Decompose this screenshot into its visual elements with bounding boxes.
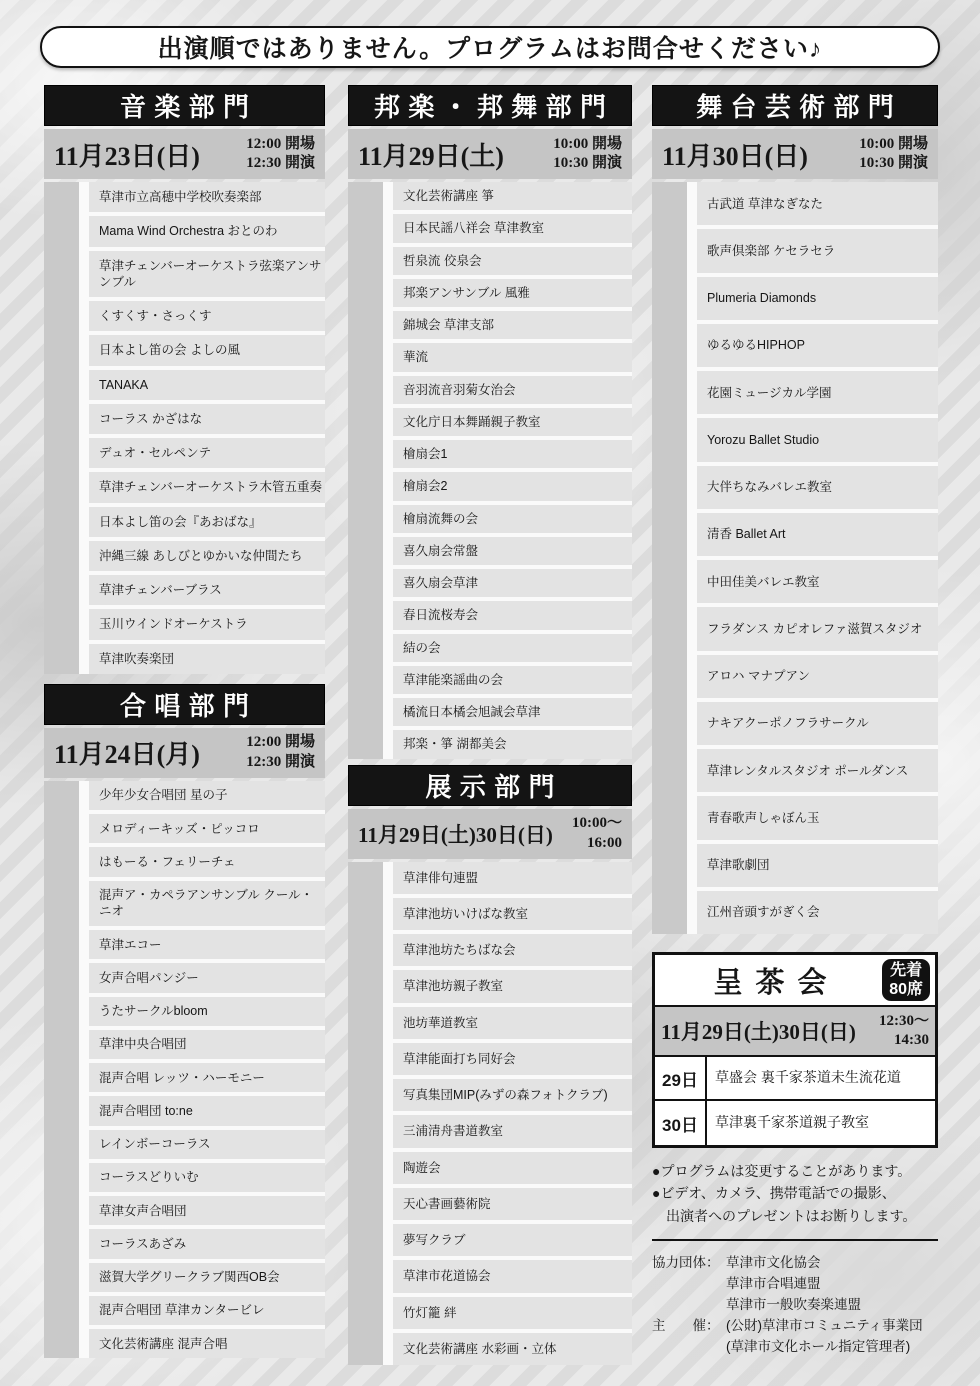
exhibitor-item: 草津池坊たちばな会 [393,934,632,966]
hogaku-section-title: 邦楽・邦舞部門 [366,87,615,124]
performer-item: ゆるゆるHIPHOP [697,324,938,367]
exhibition-time-from: 10:00〜 [572,815,622,831]
performer-item: 草津歌劇団 [697,844,938,887]
performer-item: 橘流日本橘会旭誠会草津 [393,698,632,726]
credit-label [652,1337,726,1358]
chorus-items: 少年少女合唱団 星の子メロディーキッズ・ピッコロはもーる・フェリーチェ混声ア・カ… [89,781,325,1359]
performer-item: 日本民謡八祥会 草津教室 [393,214,632,242]
performer-item: 日本よし笛の会『あおばな』 [89,507,325,537]
music-items: 草津市立高穂中学校吹奏楽部Mama Wind Orchestra おとのわ草津チ… [89,182,325,674]
music-times: 12:00 開場 12:30 開演 [246,135,315,174]
performer-item: 哲泉流 佼泉会 [393,247,632,275]
performer-item: はもーる・フェリーチェ [89,847,325,876]
exhibitor-item: 草津市花道協会 [393,1260,632,1292]
performer-item: 邦楽アンサンブル 風雅 [393,279,632,307]
performer-item: 草津女声合唱団 [89,1196,325,1225]
performer-item: くすくす・さっくす [89,301,325,331]
chorus-date-bar: 11月24日(月) 12:00 開場 12:30 開演 [44,728,325,778]
stage-items: 古武道 草津なぎなた歌声倶楽部 ケセラセラPlumeria Diamondsゆる… [697,182,938,934]
tea-group-name: 草津裏千家茶道親子教室 [707,1101,935,1145]
tea-seats-badge: 先着 80席 [882,959,930,1001]
tea-ceremony-box: 呈茶会 先着 80席 11月29日(土)30日(日) 12:30〜 14:30 … [652,952,938,1148]
credit-text: 草津市文化協会 [726,1253,938,1274]
exhibition-date: 11月29日(土)30日(日) [358,819,553,849]
exhibitor-item: 池坊華道教室 [393,1007,632,1039]
credit-label: 主 催： [652,1316,726,1337]
note-line: ●ビデオ、カメラ、携帯電話での撮影、 [652,1182,938,1204]
tea-time-from: 12:30〜 [879,1013,929,1029]
hogaku-list-strip [348,182,383,759]
exhibitor-item: 陶遊会 [393,1152,632,1184]
credit-row: 協力団体： 草津市文化協会 [652,1253,938,1274]
performer-item: 喜久扇会草津 [393,569,632,597]
tea-date: 11月29日(土)30日(日) [661,1016,856,1046]
chorus-section-title: 合唱部門 [112,686,258,723]
music-section-header: 音楽部門 [44,85,325,126]
performer-item: 日本よし笛の会 よしの風 [89,335,325,365]
note-line: ●プログラムは変更することがあります。 [652,1160,938,1182]
exhibitor-item: 夢写クラブ [393,1224,632,1256]
performer-item: 草津チェンバーオーケストラ木管五重奏 [89,472,325,502]
performer-item: 混声合唱団 to:ne [89,1096,325,1125]
column-stage-tea: 舞台芸術部門 11月30日(日) 10:00 開場 10:30 開演 古武道 草… [652,85,938,1358]
top-banner: 出演順ではありません。プログラムはお問合せください♪ [40,26,940,68]
top-banner-text: 出演順ではありません。プログラムはお問合せください♪ [158,29,823,65]
stage-list-strip [652,182,687,934]
performer-item: 少年少女合唱団 星の子 [89,781,325,810]
exhibitor-item: 三浦清舟書道教室 [393,1115,632,1147]
performer-item: 音羽流音羽菊女治会 [393,376,632,404]
stage-date: 11月30日(日) [662,136,808,173]
performer-item: 草津エコー [89,930,325,959]
music-date-bar: 11月23日(日) 12:00 開場 12:30 開演 [44,129,325,179]
performer-item: 錦城会 草津支部 [393,311,632,339]
performer-item: 草津レンタルスタジオ ポールダンス [697,749,938,792]
performer-item: 檜扇流舞の会 [393,505,632,533]
tea-row: 29日 草盛会 裏千家茶道未生流花道 [655,1057,935,1101]
chorus-list-strip [44,781,79,1359]
exhibition-date-bar: 11月29日(土)30日(日) 10:00〜 16:00 [348,809,632,859]
music-open-time: 12:00 開場 [246,136,315,152]
note-line: 出演者へのプレゼントはお断りします。 [652,1205,938,1227]
hogaku-list: 文化芸術講座 箏日本民謡八祥会 草津教室哲泉流 佼泉会邦楽アンサンブル 風雅錦城… [348,182,632,759]
column-hogaku-exhibition: 邦楽・邦舞部門 11月29日(土) 10:00 開場 10:30 開演 文化芸術… [348,85,632,1365]
performer-item: うたサークルbloom [89,997,325,1026]
hogaku-start-time: 10:30 開演 [553,155,622,171]
performer-item: 草津チェンバーブラス [89,575,325,605]
credits: 協力団体： 草津市文化協会 草津市合唱連盟 草津市一般吹奏楽連盟 主 催： (公… [652,1253,938,1358]
performer-item: 混声ア・カペラアンサンブル クール・ニオ [89,881,325,927]
stage-times: 10:00 開場 10:30 開演 [859,135,928,174]
performer-item: 沖縄三線 あしびとゆかいな仲間たち [89,541,325,571]
tea-times: 12:30〜 14:30 [879,1012,929,1051]
music-list: 草津市立高穂中学校吹奏楽部Mama Wind Orchestra おとのわ草津チ… [44,182,325,674]
exhibitor-item: 草津能面打ち同好会 [393,1043,632,1075]
performer-item: 邦楽・箏 湖都美会 [393,730,632,758]
performer-item: 草津チェンバーオーケストラ弦楽アンサンブル [89,251,325,298]
performer-item: レインボーコーラス [89,1130,325,1159]
performer-item: 檜扇会2 [393,472,632,500]
performer-item: フラダンス カピオレファ滋賀スタジオ [697,607,938,650]
performer-item: 草津市立高穂中学校吹奏楽部 [89,182,325,212]
performer-item: 草津能楽謡曲の会 [393,666,632,694]
credit-row: 草津市一般吹奏楽連盟 [652,1295,938,1316]
performer-item: 春日流桜寿会 [393,601,632,629]
performer-item: 歌声倶楽部 ケセラセラ [697,229,938,272]
tea-badge-line1: 先着 [890,962,922,979]
music-date: 11月23日(日) [54,136,200,173]
tea-day: 29日 [655,1057,707,1099]
performer-item: 中田佳美バレエ教室 [697,560,938,603]
exhibitor-item: 竹灯籠 絆 [393,1297,632,1329]
exhibition-list: 草津俳句連盟草津池坊いけばな教室草津池坊たちばな会草津池坊親子教室池坊華道教室草… [348,862,632,1366]
performer-item: 華流 [393,343,632,371]
performer-item: 文化芸術講座 箏 [393,182,632,210]
exhibition-list-strip [348,862,383,1366]
hogaku-items: 文化芸術講座 箏日本民謡八祥会 草津教室哲泉流 佼泉会邦楽アンサンブル 風雅錦城… [393,182,632,759]
tea-rows: 29日 草盛会 裏千家茶道未生流花道 30日 草津裏千家茶道親子教室 [655,1057,935,1145]
stage-section-header: 舞台芸術部門 [652,85,938,126]
music-section-title: 音楽部門 [112,87,258,124]
performer-item: 文化庁日本舞踊親子教室 [393,408,632,436]
hogaku-times: 10:00 開場 10:30 開演 [553,135,622,174]
tea-badge-line2: 80席 [889,981,923,998]
tea-row: 30日 草津裏千家茶道親子教室 [655,1101,935,1145]
performer-item: 喜久扇会常盤 [393,537,632,565]
divider-line [652,1239,938,1241]
credit-row: (草津市文化ホール指定管理者) [652,1337,938,1358]
performer-item: 結の会 [393,634,632,662]
exhibitor-item: 文化芸術講座 水彩画・立体 [393,1333,632,1365]
stage-open-time: 10:00 開場 [859,136,928,152]
performer-item: Yorozu Ballet Studio [697,418,938,461]
credit-label [652,1295,726,1316]
column-music-chorus: 音楽部門 11月23日(日) 12:00 開場 12:30 開演 草津市立高穂中… [44,85,325,1358]
credit-text: (公財)草津市コミュニティ事業団 [726,1316,938,1337]
exhibitor-item: 写真集団MIP(みずの森フォトクラブ) [393,1079,632,1111]
hogaku-open-time: 10:00 開場 [553,136,622,152]
credit-text: 草津市合唱連盟 [726,1274,938,1295]
performer-item: コーラスどりいむ [89,1163,325,1192]
performer-item: Mama Wind Orchestra おとのわ [89,216,325,246]
stage-list: 古武道 草津なぎなた歌声倶楽部 ケセラセラPlumeria Diamondsゆる… [652,182,938,934]
credit-label: 協力団体： [652,1253,726,1274]
exhibitor-item: 天心書画藝術院 [393,1188,632,1220]
performer-item: 女声合唱パンジー [89,963,325,992]
chorus-start-time: 12:30 開演 [246,754,315,770]
performer-item: 文化芸術講座 混声合唱 [89,1329,325,1358]
performer-item: 滋賀大学グリークラブ関西OB会 [89,1263,325,1292]
performer-item: 玉川ウインドオーケストラ [89,609,325,639]
hogaku-date: 11月29日(土) [358,136,504,173]
chorus-open-time: 12:00 開場 [246,734,315,750]
performer-item: 古武道 草津なぎなた [697,182,938,225]
performer-item: 青春歌声しゃぼん玉 [697,796,938,839]
chorus-times: 12:00 開場 12:30 開演 [246,733,315,772]
exhibitor-item: 草津池坊いけばな教室 [393,898,632,930]
performer-item: アロハ マナプアン [697,655,938,698]
credit-label [652,1274,726,1295]
stage-section-title: 舞台芸術部門 [688,87,902,124]
credit-text: 草津市一般吹奏楽連盟 [726,1295,938,1316]
performer-item: 草津中央合唱団 [89,1030,325,1059]
performer-item: TANAKA [89,370,325,400]
performer-item: 江州音頭すがぎく会 [697,891,938,934]
performer-item: 檜扇会1 [393,440,632,468]
chorus-date: 11月24日(月) [54,734,200,771]
exhibition-items: 草津俳句連盟草津池坊いけばな教室草津池坊たちばな会草津池坊親子教室池坊華道教室草… [393,862,632,1366]
music-start-time: 12:30 開演 [246,155,315,171]
exhibition-section-title: 展示部門 [417,767,563,804]
tea-title: 呈茶会 [700,960,839,1001]
tea-group-name: 草盛会 裏千家茶道未生流花道 [707,1057,935,1099]
stage-date-bar: 11月30日(日) 10:00 開場 10:30 開演 [652,129,938,179]
exhibition-times: 10:00〜 16:00 [572,814,622,853]
performer-item: 花園ミュージカル学園 [697,371,938,414]
performer-item: ナキアクーポノフラサークル [697,702,938,745]
performer-item: 大伴ちなみバレエ教室 [697,466,938,509]
chorus-section-header: 合唱部門 [44,684,325,725]
performer-item: デュオ・セルペンテ [89,438,325,468]
tea-day: 30日 [655,1101,707,1145]
performer-item: 清香 Ballet Art [697,513,938,556]
performer-item: コーラスあざみ [89,1229,325,1258]
performer-item: コーラス かざはな [89,404,325,434]
performer-item: 混声合唱団 草津カンタービレ [89,1296,325,1325]
performer-item: メロディーキッズ・ピッコロ [89,814,325,843]
performer-item: Plumeria Diamonds [697,277,938,320]
chorus-list: 少年少女合唱団 星の子メロディーキッズ・ピッコロはもーる・フェリーチェ混声ア・カ… [44,781,325,1359]
music-list-strip [44,182,79,674]
exhibitor-item: 草津俳句連盟 [393,862,632,894]
credit-row: 草津市合唱連盟 [652,1274,938,1295]
hogaku-section-header: 邦楽・邦舞部門 [348,85,632,126]
stage-start-time: 10:30 開演 [859,155,928,171]
credit-text: (草津市文化ホール指定管理者) [726,1337,938,1358]
notes: ●プログラムは変更することがあります。●ビデオ、カメラ、携帯電話での撮影、 出演… [652,1160,938,1227]
tea-date-row: 11月29日(土)30日(日) 12:30〜 14:30 [655,1005,935,1057]
credit-row: 主 催： (公財)草津市コミュニティ事業団 [652,1316,938,1337]
exhibitor-item: 草津池坊親子教室 [393,970,632,1002]
exhibition-section-header: 展示部門 [348,765,632,806]
performer-item: 混声合唱 レッツ・ハーモニー [89,1063,325,1092]
performer-item: 草津吹奏楽団 [89,644,325,674]
tea-time-to: 14:30 [894,1032,929,1048]
exhibition-time-to: 16:00 [587,835,622,851]
tea-title-row: 呈茶会 先着 80席 [655,955,935,1005]
hogaku-date-bar: 11月29日(土) 10:00 開場 10:30 開演 [348,129,632,179]
